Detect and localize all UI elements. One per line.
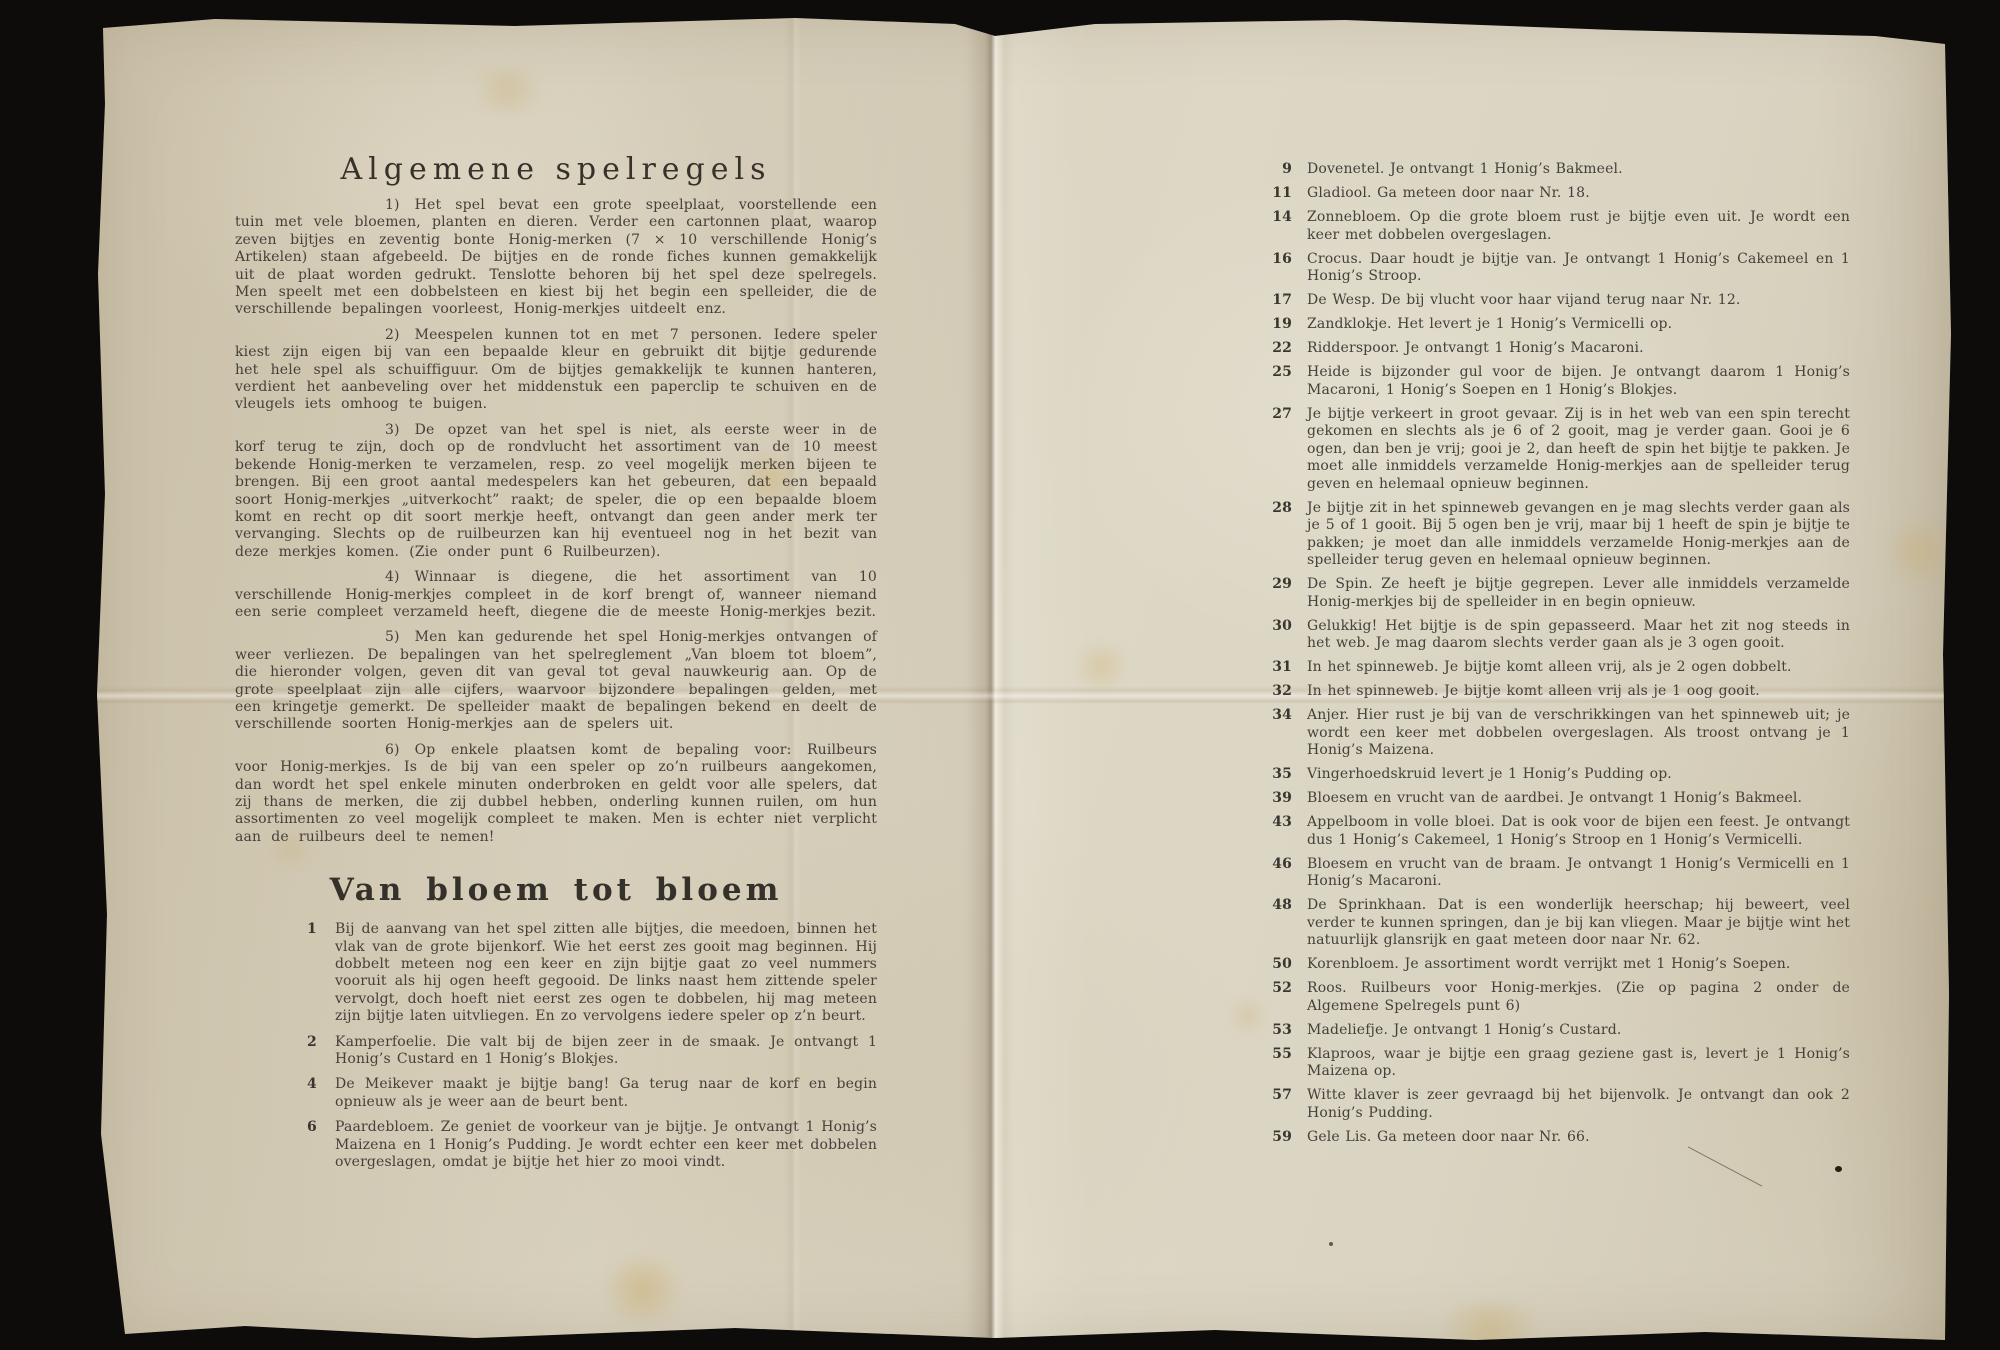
- flower-rule-item: 31In het spinneweb. Je bijtje komt allee…: [1250, 659, 1850, 677]
- heading-van-bloem-tot-bloem: Van bloem tot bloem: [235, 872, 877, 908]
- item-text: Je bijtje zit in het spinneweb gevangen …: [1307, 500, 1850, 569]
- item-number: 6: [307, 1119, 335, 1136]
- item-number: 27: [1250, 406, 1292, 424]
- item-text: Korenbloem. Je assortiment wordt verrijk…: [1307, 956, 1791, 972]
- item-text: Madeliefje. Je ontvangt 1 Honig’s Custar…: [1307, 1022, 1621, 1038]
- flower-rule-item: 53Madeliefje. Je ontvangt 1 Honig’s Cust…: [1250, 1022, 1850, 1040]
- spelregels-paragraph-list: 1)Het spel bevat een grote speelplaat, v…: [235, 197, 877, 846]
- ink-speck: [1329, 1242, 1333, 1246]
- item-text: Dovenetel. Je ontvangt 1 Honig’s Bakmeel…: [1307, 161, 1623, 177]
- flower-rule-list-right: 9Dovenetel. Je ontvangt 1 Honig’s Bakmee…: [1250, 161, 1850, 1146]
- paragraph-number: 2): [385, 327, 400, 343]
- item-text: De Spin. Ze heeft je bijtje gegrepen. Le…: [1307, 576, 1850, 610]
- item-text: Anjer. Hier rust je bij van de verschrik…: [1307, 707, 1850, 758]
- item-text: Vingerhoedskruid levert je 1 Honig’s Pud…: [1307, 766, 1672, 782]
- item-text: Heide is bijzonder gul voor de bijen. Je…: [1307, 364, 1850, 398]
- paragraph-text: Winnaar is diegene, die het assortiment …: [235, 569, 877, 620]
- rule-paragraph: 2)Meespelen kunnen tot en met 7 personen…: [235, 327, 877, 414]
- item-text: De Meikever maakt je bijtje bang! Ga ter…: [335, 1076, 877, 1109]
- item-number: 1: [307, 921, 335, 938]
- flower-rule-item: 6Paardebloem. Ze geniet de voorkeur van …: [307, 1119, 877, 1171]
- item-number: 19: [1250, 316, 1292, 334]
- rule-paragraph: 1)Het spel bevat een grote speelplaat, v…: [235, 197, 877, 319]
- item-number: 35: [1250, 766, 1292, 784]
- flower-rule-item: 46Bloesem en vrucht van de braam. Je ont…: [1250, 856, 1850, 891]
- item-text: Gladiool. Ga meteen door naar Nr. 18.: [1307, 185, 1590, 201]
- paper-sheet: Algemene spelregels 1)Het spel bevat een…: [95, 14, 1951, 1344]
- flower-rule-item: 25Heide is bijzonder gul voor de bijen. …: [1250, 364, 1850, 399]
- item-text: Roos. Ruilbeurs voor Honig-merkjes. (Zie…: [1307, 980, 1850, 1014]
- item-number: 31: [1250, 659, 1292, 677]
- item-number: 30: [1250, 618, 1292, 636]
- page-right: 9Dovenetel. Je ontvangt 1 Honig’s Bakmee…: [1250, 161, 1850, 1153]
- item-number: 52: [1250, 980, 1292, 998]
- item-text: De Sprinkhaan. Dat is een wonderlijk hee…: [1307, 897, 1850, 948]
- flower-rule-item: 14Zonnebloem. Op die grote bloem rust je…: [1250, 209, 1850, 244]
- item-text: Bloesem en vrucht van de braam. Je ontva…: [1307, 856, 1850, 890]
- item-text: Ridderspoor. Je ontvangt 1 Honig’s Macar…: [1307, 340, 1644, 356]
- paragraph-number: 1): [385, 197, 400, 213]
- paragraph-number: 6): [385, 742, 400, 758]
- paragraph-text: Meespelen kunnen tot en met 7 personen. …: [235, 327, 877, 413]
- item-number: 55: [1250, 1046, 1292, 1064]
- item-text: Paardebloem. Ze geniet de voorkeur van j…: [335, 1119, 877, 1170]
- item-number: 46: [1250, 856, 1292, 874]
- paragraph-text: De opzet van het spel is niet, als eerst…: [235, 422, 877, 560]
- item-number: 34: [1250, 707, 1292, 725]
- item-text: Gelukkig! Het bijtje is de spin gepassee…: [1307, 618, 1850, 652]
- item-text: Kamperfoelie. Die valt bij de bijen zeer…: [335, 1034, 877, 1067]
- paper-stain: [1425, 1304, 1555, 1350]
- paper-stain: [1070, 644, 1132, 688]
- paper-stain: [595, 1259, 690, 1321]
- item-text: Klaproos, waar je bijtje een graag gezie…: [1307, 1046, 1850, 1080]
- item-number: 53: [1250, 1022, 1292, 1040]
- item-number: 59: [1250, 1129, 1292, 1147]
- item-text: Zonnebloem. Op die grote bloem rust je b…: [1307, 209, 1850, 243]
- flower-rule-item: 27Je bijtje verkeert in groot gevaar. Zi…: [1250, 406, 1850, 494]
- item-number: 57: [1250, 1087, 1292, 1105]
- item-number: 32: [1250, 683, 1292, 701]
- flower-rule-item: 39Bloesem en vrucht van de aardbei. Je o…: [1250, 790, 1850, 808]
- rule-paragraph: 5)Men kan gedurende het spel Honig-merkj…: [235, 629, 877, 733]
- center-fold-crease: [967, 14, 1015, 1344]
- item-number: 4: [307, 1076, 335, 1093]
- item-number: 28: [1250, 500, 1292, 518]
- paragraph-text: Het spel bevat een grote speelplaat, voo…: [235, 197, 877, 317]
- item-number: 50: [1250, 956, 1292, 974]
- item-text: De Wesp. De bij vlucht voor haar vijand …: [1307, 292, 1741, 308]
- item-text: Crocus. Daar houdt je bijtje van. Je ont…: [1307, 251, 1850, 285]
- flower-rule-item: 17De Wesp. De bij vlucht voor haar vijan…: [1250, 292, 1850, 310]
- ink-speck: [1835, 1166, 1842, 1172]
- item-number: 17: [1250, 292, 1292, 310]
- flower-rule-item: 9Dovenetel. Je ontvangt 1 Honig’s Bakmee…: [1250, 161, 1850, 179]
- paragraph-number: 4): [385, 569, 400, 585]
- item-text: Je bijtje verkeert in groot gevaar. Zij …: [1307, 406, 1850, 492]
- flower-rule-item: 29De Spin. Ze heeft je bijtje gegrepen. …: [1250, 576, 1850, 611]
- flower-rule-item: 34Anjer. Hier rust je bij van de verschr…: [1250, 707, 1850, 760]
- flower-rule-item: 48De Sprinkhaan. Dat is een wonderlijk h…: [1250, 897, 1850, 950]
- paragraph-text: Men kan gedurende het spel Honig-merkjes…: [235, 629, 877, 732]
- flower-rule-item: 4De Meikever maakt je bijtje bang! Ga te…: [307, 1076, 877, 1111]
- item-number: 43: [1250, 814, 1292, 832]
- item-text: Bloesem en vrucht van de aardbei. Je ont…: [1307, 790, 1802, 806]
- scan-background: { "colors": { "background": "#0d0c0a", "…: [0, 0, 2000, 1350]
- flower-rule-list-left: 1Bij de aanvang van het spel zitten alle…: [235, 921, 877, 1171]
- page-left: Algemene spelregels 1)Het spel bevat een…: [235, 152, 877, 1180]
- flower-rule-item: 35Vingerhoedskruid levert je 1 Honig’s P…: [1250, 766, 1850, 784]
- item-number: 14: [1250, 209, 1292, 227]
- item-number: 25: [1250, 364, 1292, 382]
- item-number: 2: [307, 1034, 335, 1051]
- item-text: In het spinneweb. Je bijtje komt alleen …: [1307, 683, 1760, 699]
- flower-rule-item: 55Klaproos, waar je bijtje een graag gez…: [1250, 1046, 1850, 1081]
- flower-rule-item: 30Gelukkig! Het bijtje is de spin gepass…: [1250, 618, 1850, 653]
- paper-stain: [1890, 509, 1948, 594]
- flower-rule-item: 50Korenbloem. Je assortiment wordt verri…: [1250, 956, 1850, 974]
- item-number: 39: [1250, 790, 1292, 808]
- item-text: Appelboom in volle bloei. Dat is ook voo…: [1307, 814, 1850, 848]
- item-number: 29: [1250, 576, 1292, 594]
- flower-rule-item: 59Gele Lis. Ga meteen door naar Nr. 66.: [1250, 1129, 1850, 1147]
- paragraph-number: 3): [385, 422, 400, 438]
- item-number: 9: [1250, 161, 1292, 179]
- item-number: 48: [1250, 897, 1292, 915]
- flower-rule-item: 16Crocus. Daar houdt je bijtje van. Je o…: [1250, 251, 1850, 286]
- flower-rule-item: 19Zandklokje. Het levert je 1 Honig’s Ve…: [1250, 316, 1850, 334]
- flower-rule-item: 52Roos. Ruilbeurs voor Honig-merkjes. (Z…: [1250, 980, 1850, 1015]
- flower-rule-item: 57Witte klaver is zeer gevraagd bij het …: [1250, 1087, 1850, 1122]
- item-number: 11: [1250, 185, 1292, 203]
- flower-rule-item: 1Bij de aanvang van het spel zitten alle…: [307, 921, 877, 1025]
- paper-stain: [465, 69, 550, 111]
- paragraph-number: 5): [385, 629, 400, 645]
- item-number: 16: [1250, 251, 1292, 269]
- flower-rule-item: 22Ridderspoor. Je ontvangt 1 Honig’s Mac…: [1250, 340, 1850, 358]
- item-text: Bij de aanvang van het spel zitten alle …: [335, 921, 877, 1024]
- item-text: In het spinneweb. Je bijtje komt alleen …: [1307, 659, 1792, 675]
- item-text: Gele Lis. Ga meteen door naar Nr. 66.: [1307, 1129, 1590, 1145]
- flower-rule-item: 28Je bijtje zit in het spinneweb gevange…: [1250, 500, 1850, 570]
- flower-rule-item: 43Appelboom in volle bloei. Dat is ook v…: [1250, 814, 1850, 849]
- item-number: 22: [1250, 340, 1292, 358]
- item-text: Witte klaver is zeer gevraagd bij het bi…: [1307, 1087, 1850, 1121]
- item-text: Zandklokje. Het levert je 1 Honig’s Verm…: [1307, 316, 1672, 332]
- paragraph-text: Op enkele plaatsen komt de bepaling voor…: [235, 742, 877, 845]
- flower-rule-item: 32In het spinneweb. Je bijtje komt allee…: [1250, 683, 1850, 701]
- rule-paragraph: 4)Winnaar is diegene, die het assortimen…: [235, 569, 877, 621]
- flower-rule-item: 2Kamperfoelie. Die valt bij de bijen zee…: [307, 1034, 877, 1069]
- heading-algemene-spelregels: Algemene spelregels: [235, 152, 877, 187]
- rule-paragraph: 3)De opzet van het spel is niet, als eer…: [235, 422, 877, 561]
- flower-rule-item: 11Gladiool. Ga meteen door naar Nr. 18.: [1250, 185, 1850, 203]
- rule-paragraph: 6)Op enkele plaatsen komt de bepaling vo…: [235, 742, 877, 846]
